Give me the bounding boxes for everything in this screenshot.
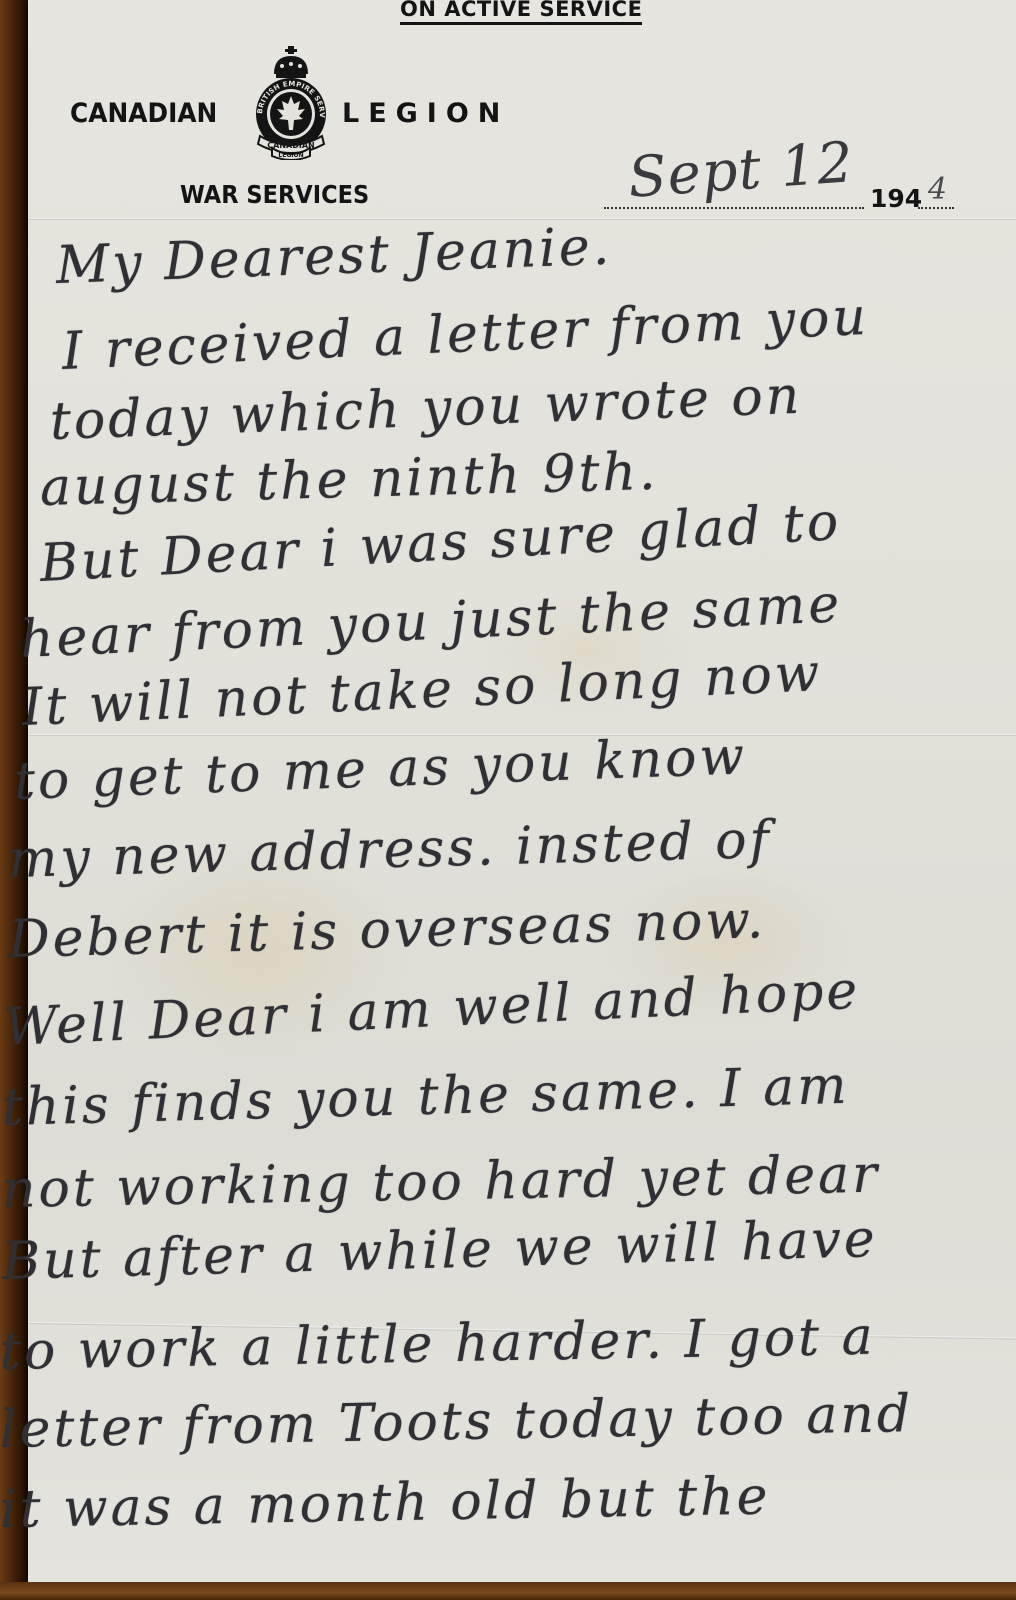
letterhead-canadian: CANADIAN xyxy=(70,98,217,129)
legion-crest-icon: BRITISH EMPIRE SERVICE LEAGUE CANADIAN L… xyxy=(248,44,334,160)
printed-year-prefix: 194 xyxy=(870,184,922,213)
letterhead-war-services: WAR SERVICES xyxy=(180,180,369,209)
svg-text:LEGION: LEGION xyxy=(278,152,303,159)
handwritten-year-suffix: 4 xyxy=(928,172,947,207)
letterhead-legion: LEGION xyxy=(342,98,509,129)
on-active-service-banner: ON ACTIVE SERVICE xyxy=(400,0,642,25)
wood-table-edge xyxy=(0,1582,1016,1600)
year-dotted-line xyxy=(918,207,954,209)
